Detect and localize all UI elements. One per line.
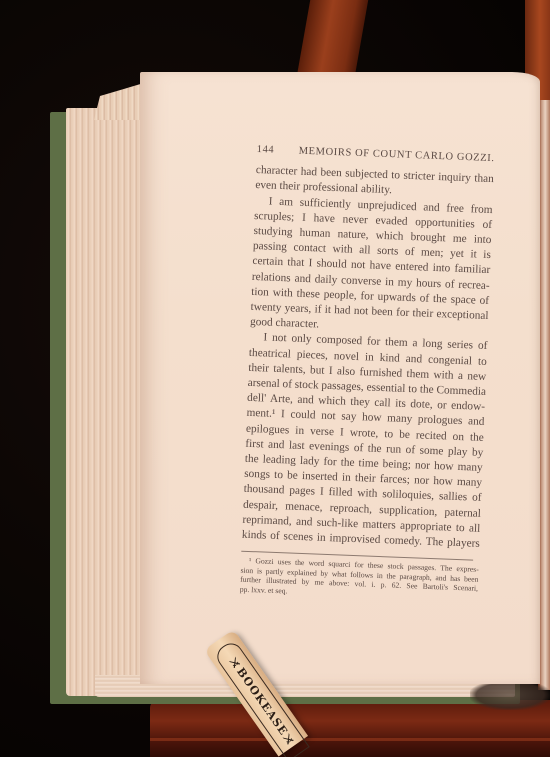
page-number: 144 [256,142,277,158]
paragraph-3: I not only composed for them a long seri… [242,330,488,552]
worn-corner [470,680,550,710]
page-edges-left [66,108,146,696]
paragraph-2: I am sufficiently unprejudiced and free … [250,194,493,340]
book-stand-lip [150,738,550,741]
page-text: 144 MEMOIRS OF COUNT CARLO GOZZI. charac… [240,142,495,603]
